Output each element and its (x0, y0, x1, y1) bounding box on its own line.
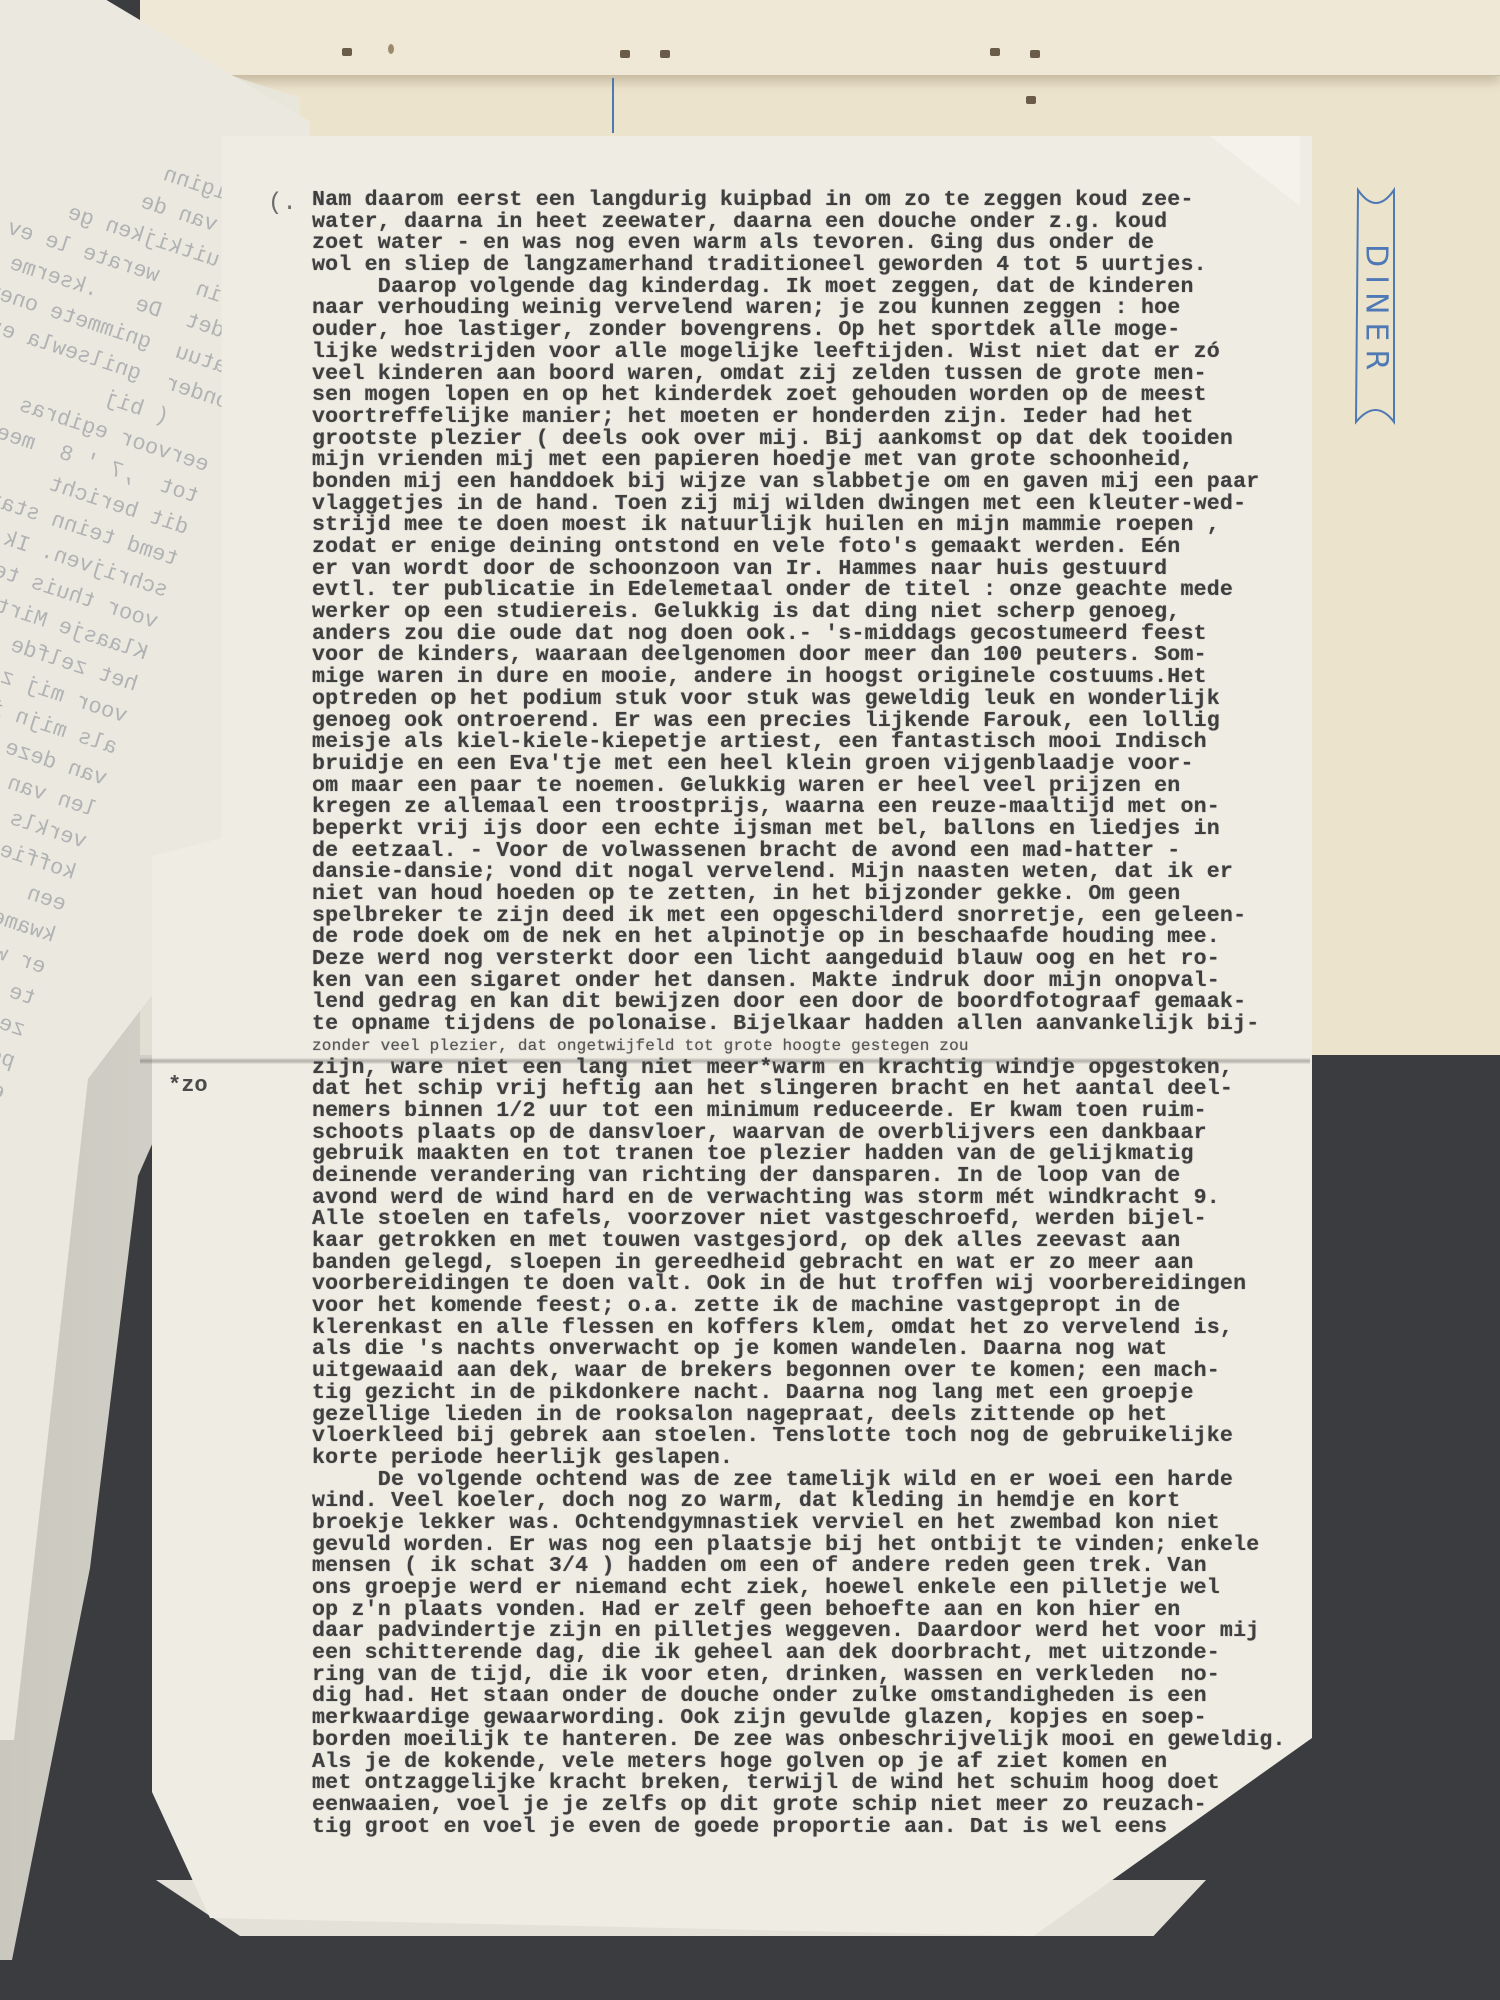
diner-label: DINER (1352, 226, 1400, 396)
card-top-flap (140, 0, 1500, 76)
typed-line: werker op een studiereis. Gelukkig is da… (312, 602, 1302, 624)
typed-line: mijn vrienden mij met een papieren hoedj… (312, 450, 1302, 472)
typed-line: lijke wedstrijden voor alle mogelijke le… (312, 342, 1302, 364)
typed-line: dat het schip vrij heftig aan het slinge… (312, 1079, 1302, 1101)
typed-line: tig groot en voel je even de goede propo… (312, 1817, 1302, 1839)
typed-line: korte periode heerlijk geslapen. (312, 1448, 1302, 1470)
typed-line: veel kinderen aan boord waren, omdat zij… (312, 364, 1302, 386)
typed-line: optreden op het podium stuk voor stuk wa… (312, 689, 1302, 711)
typed-line: Nam daarom eerst een langdurig kuipbad i… (312, 190, 1302, 212)
typed-line: sen mogen lopen en op het kinderdek zoet… (312, 385, 1302, 407)
typed-line: kregen ze allemaal een troostprijs, waar… (312, 797, 1302, 819)
staple-icon (990, 48, 1000, 56)
typed-line: dig had. Het staan onder de douche onder… (312, 1686, 1302, 1708)
typed-line: nemers binnen 1/2 uur tot een minimum re… (312, 1101, 1302, 1123)
typed-body-text: Nam daarom eerst een langdurig kuipbad i… (312, 190, 1302, 1838)
typed-line: wind. Veel koeler, doch nog zo warm, dat… (312, 1491, 1302, 1513)
typed-line: evtl. ter publicatie in Edelemetaal onde… (312, 580, 1302, 602)
typed-line: eenwaaien, voel je je zelfs op dit grote… (312, 1795, 1302, 1817)
typed-line: bruidje en een Eva'tje met een heel klei… (312, 754, 1302, 776)
typed-line: de rode doek om de nek en het alpinotje … (312, 927, 1302, 949)
typed-line: mige waren in dure en mooie, andere in h… (312, 667, 1302, 689)
typed-line: strijd mee te doen moest ik natuurlijk h… (312, 515, 1302, 537)
fold-crease (140, 1058, 1310, 1064)
typed-line: lend gedrag en kan dit bewijzen door een… (312, 992, 1302, 1014)
typed-line: deinende verandering van richting der da… (312, 1166, 1302, 1188)
punch-hole-icon (388, 44, 394, 54)
typed-line: zonder veel plezier, dat ongetwijfeld to… (312, 1036, 1302, 1058)
typed-line: voortreffelijke manier; het moeten er ho… (312, 407, 1302, 429)
typed-line: ouder, hoe lastiger, zonder bovengrens. … (312, 320, 1302, 342)
typed-line: dansie-dansie; vond dit nogal vervelend.… (312, 862, 1302, 884)
staple-icon (620, 50, 630, 58)
typed-line: daar padvindertje zijn en pilletjes wegg… (312, 1621, 1302, 1643)
typed-line: uitgewaaid aan dek, waar de brekers bego… (312, 1361, 1302, 1383)
typed-line: borden moeilijk te hanteren. De zee was … (312, 1730, 1302, 1752)
typed-line: voor de kinders, waaraan deelgenomen doo… (312, 645, 1302, 667)
typed-line: als die 's nachts onverwacht op je komen… (312, 1339, 1302, 1361)
typed-line: merkwaardige gewaarwording. Ook zijn gev… (312, 1708, 1302, 1730)
typed-line: zodat er enige deining ontstond en vele … (312, 537, 1302, 559)
typed-line: voor het komende feest; o.a. zette ik de… (312, 1296, 1302, 1318)
typed-line: naar verhouding weinig vervelend waren; … (312, 298, 1302, 320)
typed-line: broekje lekker was. Ochtendgymnastiek ve… (312, 1513, 1302, 1535)
typed-line: met ontzaggelijke kracht breken, terwijl… (312, 1773, 1302, 1795)
typed-line: schoots plaats op de dansvloer, waarvan … (312, 1123, 1302, 1145)
staple-icon (1030, 50, 1040, 58)
footnote-marker: *zo (168, 1073, 208, 1098)
typed-line: Deze werd nog versterkt door een licht a… (312, 949, 1302, 971)
typed-line: voorbereidingen te doen valt. Ook in de … (312, 1274, 1302, 1296)
typed-line: grootste plezier ( deels ook over mij. B… (312, 429, 1302, 451)
typed-line: Alle stoelen en tafels, voorzover niet v… (312, 1209, 1302, 1231)
typed-line: De volgende ochtend was de zee tamelijk … (312, 1470, 1302, 1492)
staple-icon (660, 50, 670, 58)
typed-line: gebruik maakten en tot tranen toe plezie… (312, 1144, 1302, 1166)
typed-line: zoet water - en was nog even warm als te… (312, 233, 1302, 255)
typed-line: tig gezicht in de pikdonkere nacht. Daar… (312, 1383, 1302, 1405)
typed-line: meisje als kiel-kiele-kiepetje artiest, … (312, 732, 1302, 754)
typed-line: om maar een paar te noemen. Gelukkig war… (312, 776, 1302, 798)
typed-line: mensen ( ik schat 3/4 ) hadden om een of… (312, 1556, 1302, 1578)
typed-line: een schitterende dag, die ik geheel aan … (312, 1643, 1302, 1665)
staple-icon (342, 48, 352, 56)
typed-line: gezellige lieden in de rooksalon nagepra… (312, 1405, 1302, 1427)
typed-line: kaar getrokken en met touwen vastgesjord… (312, 1231, 1302, 1253)
blue-rule-line (612, 78, 614, 133)
typed-line: wol en sliep de langzamerhand traditione… (312, 255, 1302, 277)
staple-icon (1026, 96, 1036, 104)
typed-line: niet van houd hoeden op te zetten, in he… (312, 884, 1302, 906)
opening-mark: (. (268, 190, 297, 217)
typed-line: te opname tijdens de polonaise. Bijelkaa… (312, 1014, 1302, 1036)
typed-line: ons groepje werd er niemand echt ziek, h… (312, 1578, 1302, 1600)
typed-line: vloerkleed bij gebrek aan stoelen. Tensl… (312, 1426, 1302, 1448)
diner-stamp: DINER (1352, 186, 1400, 426)
typed-line: genoeg ook ontroerend. Er was een precie… (312, 711, 1302, 733)
typed-line: beperkt vrij ijs door een echte ijsman m… (312, 819, 1302, 841)
typed-line: Als je de kokende, vele meters hoge golv… (312, 1752, 1302, 1774)
typed-line: bonden mij een handdoek bij wijze van sl… (312, 472, 1302, 494)
